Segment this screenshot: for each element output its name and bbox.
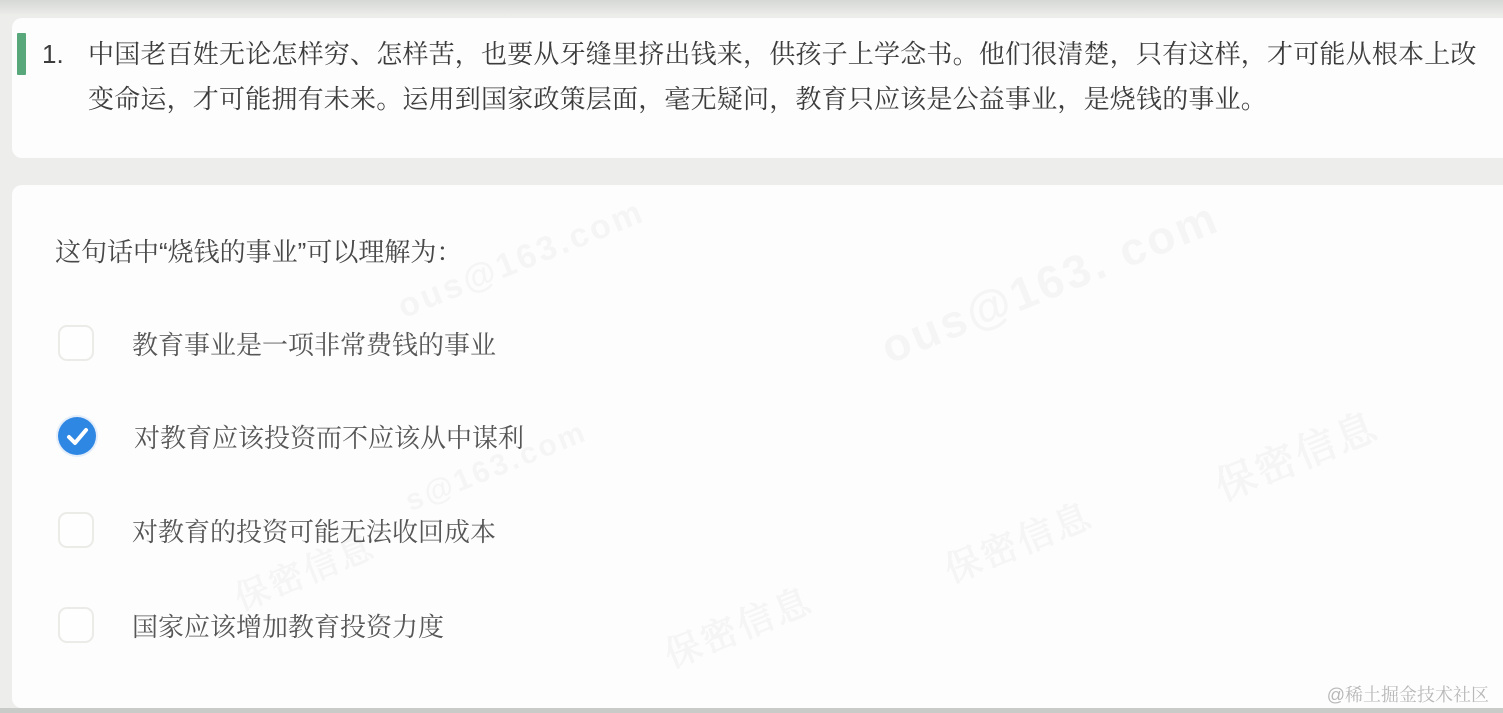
top-edge-band <box>0 0 1503 16</box>
question-row: 1. 中国老百姓无论怎样穷、怎样苦，也要从牙缝里挤出钱来，供孩子上学念书。他们很… <box>12 18 1503 122</box>
question-prompt: 这句话中“烧钱的事业”可以理解为： <box>55 232 462 269</box>
radio-unchecked-icon[interactable] <box>58 512 94 548</box>
options-card: 这句话中“烧钱的事业”可以理解为： 教育事业是一项非常费钱的事业 对教育应该投资… <box>12 185 1503 708</box>
quiz-screen: 1. 中国老百姓无论怎样穷、怎样苦，也要从牙缝里挤出钱来，供孩子上学念书。他们很… <box>0 0 1503 713</box>
option-label: 对教育的投资可能无法收回成本 <box>132 512 496 549</box>
option-label: 对教育应该投资而不应该从中谋利 <box>134 418 524 455</box>
radio-unchecked-icon[interactable] <box>58 325 94 361</box>
option-row-3[interactable]: 国家应该增加教育投资力度 <box>58 605 444 645</box>
radio-checked-icon[interactable] <box>58 417 96 455</box>
question-card: 1. 中国老百姓无论怎样穷、怎样苦，也要从牙缝里挤出钱来，供孩子上学念书。他们很… <box>12 18 1503 158</box>
option-label: 国家应该增加教育投资力度 <box>132 607 444 644</box>
bottom-edge-band <box>0 708 1503 713</box>
option-label: 教育事业是一项非常费钱的事业 <box>132 325 496 362</box>
site-credit-watermark: @稀土掘金技术社区 <box>1327 681 1489 707</box>
question-accent-bar <box>17 33 26 75</box>
radio-unchecked-icon[interactable] <box>58 607 94 643</box>
question-number: 1. <box>42 32 88 122</box>
option-row-0[interactable]: 教育事业是一项非常费钱的事业 <box>58 323 496 363</box>
question-text: 中国老百姓无论怎样穷、怎样苦，也要从牙缝里挤出钱来，供孩子上学念书。他们很清楚，… <box>88 32 1479 122</box>
option-row-2[interactable]: 对教育的投资可能无法收回成本 <box>58 510 496 550</box>
option-row-1[interactable]: 对教育应该投资而不应该从中谋利 <box>58 416 524 456</box>
